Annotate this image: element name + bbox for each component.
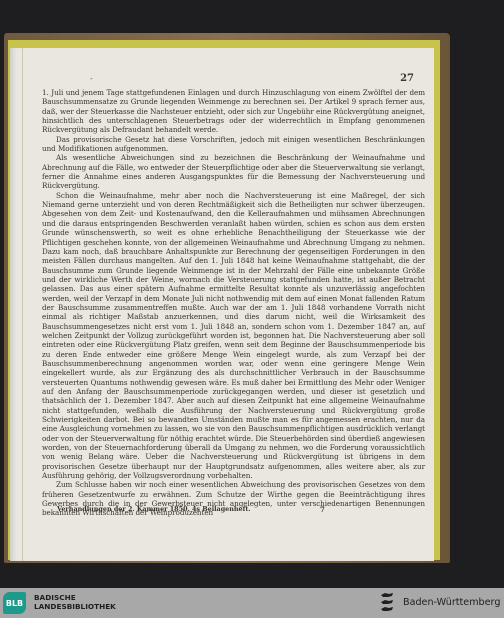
document-page: - 27 1. Juli und jenem Tage stattgefunde… xyxy=(10,48,434,561)
body-text: 1. Juli und jenem Tage stattgefundenen E… xyxy=(42,88,425,518)
blb-logo-icon[interactable]: BLB xyxy=(3,592,26,614)
paragraph: Als wesentliche Abweichungen sind zu bez… xyxy=(42,153,425,190)
signature-mark: 7 xyxy=(320,505,325,514)
footer-bar: BLB BADISCHE LANDESBIBLIOTHEK Baden-Würt… xyxy=(0,588,504,618)
page-number: 27 xyxy=(400,73,414,84)
paragraph: Schon die Weinaufnahme, mehr aber noch d… xyxy=(42,191,425,481)
gutter-line xyxy=(22,48,23,561)
library-name-line2: LANDESBIBLIOTHEK xyxy=(34,602,116,611)
lions-emblem-icon xyxy=(380,592,394,614)
paragraph: 1. Juli und jenem Tage stattgefundenen E… xyxy=(42,88,425,135)
page-mark: - xyxy=(90,74,93,83)
state-name[interactable]: Baden-Württemberg xyxy=(403,597,500,608)
blb-logo-text: BLB xyxy=(6,599,23,608)
footnote: Verhandlungen der 2. Kammer 1850. 4s Bei… xyxy=(57,505,387,513)
library-name[interactable]: BADISCHE LANDESBIBLIOTHEK xyxy=(34,593,116,611)
paragraph: Das provisorische Gesetz hat diese Vorsc… xyxy=(42,135,425,154)
library-name-line1: BADISCHE xyxy=(34,593,116,602)
